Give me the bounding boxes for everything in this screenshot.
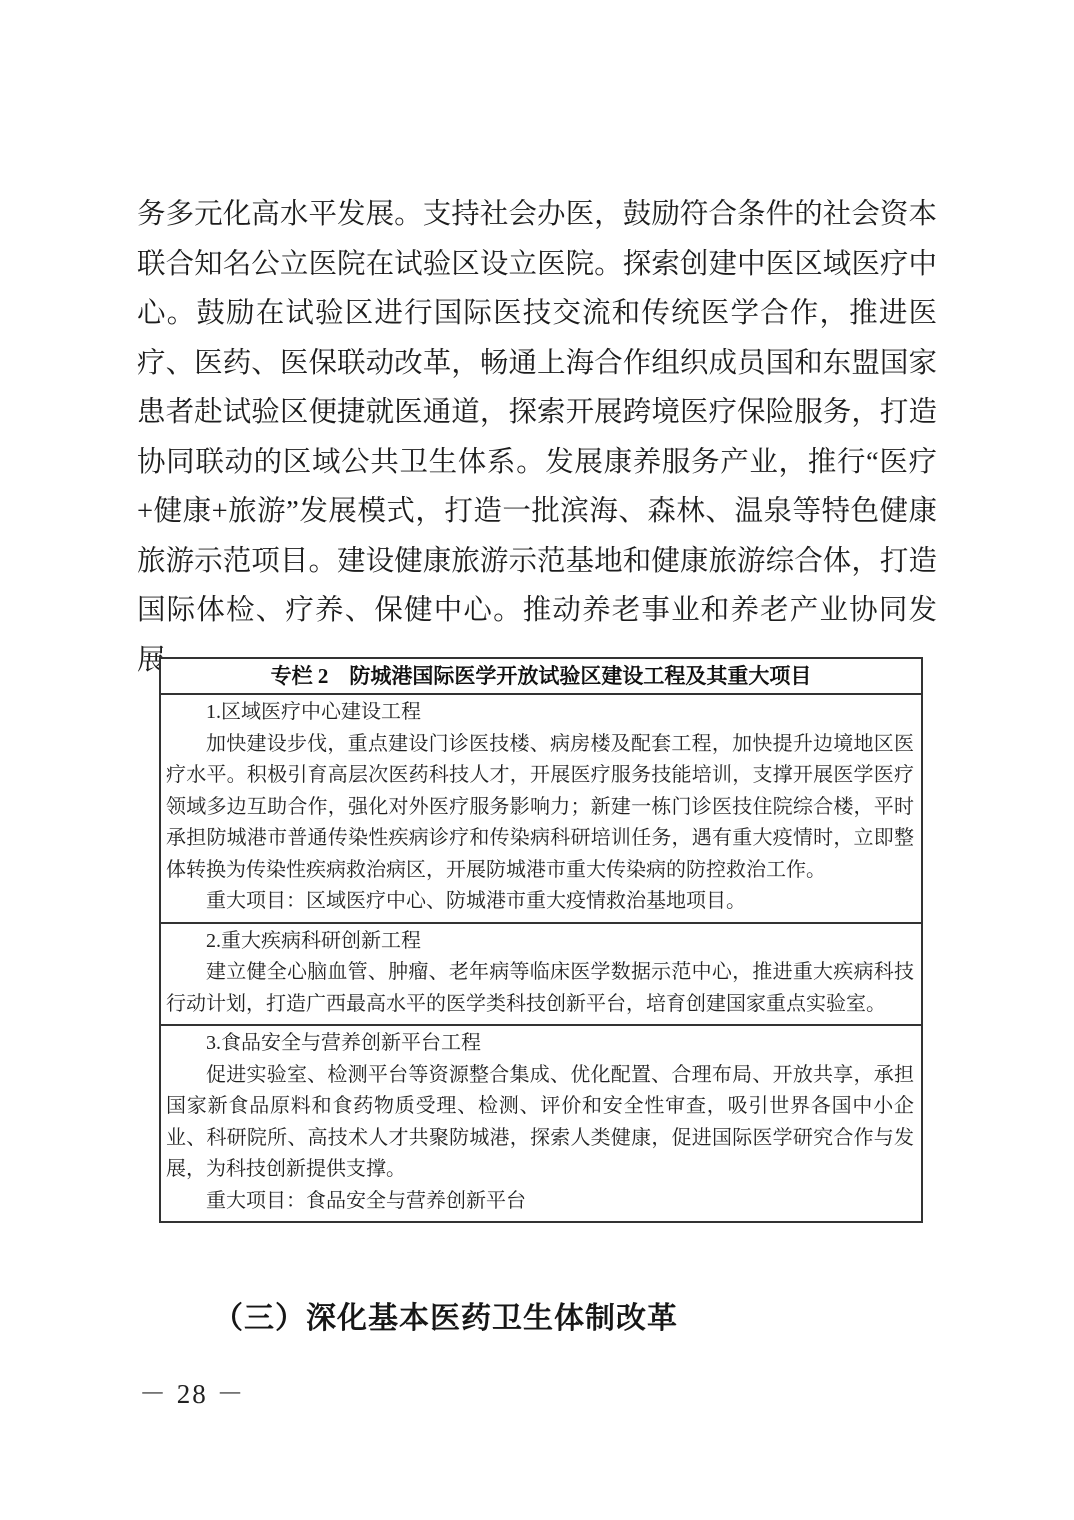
section-paragraph: 促进实验室、检测平台等资源整合集成、优化配置、合理布局、开放共享，承担国家新食品… [166,1060,914,1186]
section-paragraph: 建立健全心脑血管、肿瘤、老年病等临床医学数据示范中心，推进重大疾病科技行动计划，… [166,957,914,1020]
box-sections: 1.区域医疗中心建设工程加快建设步伐，重点建设门诊医技楼、病房楼及配套工程，加快… [161,695,921,1221]
section-heading: 1.区域医疗中心建设工程 [166,697,914,729]
box-title: 专栏 2 防城港国际医学开放试验区建设工程及其重大项目 [161,659,921,695]
box-section-1: 1.区域医疗中心建设工程加快建设步伐，重点建设门诊医技楼、病房楼及配套工程，加快… [161,695,921,924]
document-page: 务多元化高水平发展。支持社会办医，鼓励符合条件的社会资本联合知名公立医院在试验区… [0,0,1074,1520]
special-column-box: 专栏 2 防城港国际医学开放试验区建设工程及其重大项目 1.区域医疗中心建设工程… [159,657,923,1223]
box-section-3: 3.食品安全与营养创新平台工程促进实验室、检测平台等资源整合集成、优化配置、合理… [161,1026,921,1221]
section-paragraph: 重大项目：区域医疗中心、防城港市重大疫情救治基地项目。 [166,886,914,918]
section-heading: 2.重大疾病科研创新工程 [166,926,914,958]
box-section-2: 2.重大疾病科研创新工程建立健全心脑血管、肿瘤、老年病等临床医学数据示范中心，推… [161,924,921,1027]
section-paragraph: 重大项目：食品安全与营养创新平台 [166,1186,914,1218]
page-number: － 28 － [139,1372,246,1411]
section-heading: 3.食品安全与营养创新平台工程 [166,1028,914,1060]
section-paragraph: 加快建设步伐，重点建设门诊医技楼、病房楼及配套工程，加快提升边境地区医疗水平。积… [166,729,914,887]
subsection-heading: （三）深化基本医药卫生体制改革 [213,1293,678,1337]
body-paragraph: 务多元化高水平发展。支持社会办医，鼓励符合条件的社会资本联合知名公立医院在试验区… [137,190,937,685]
